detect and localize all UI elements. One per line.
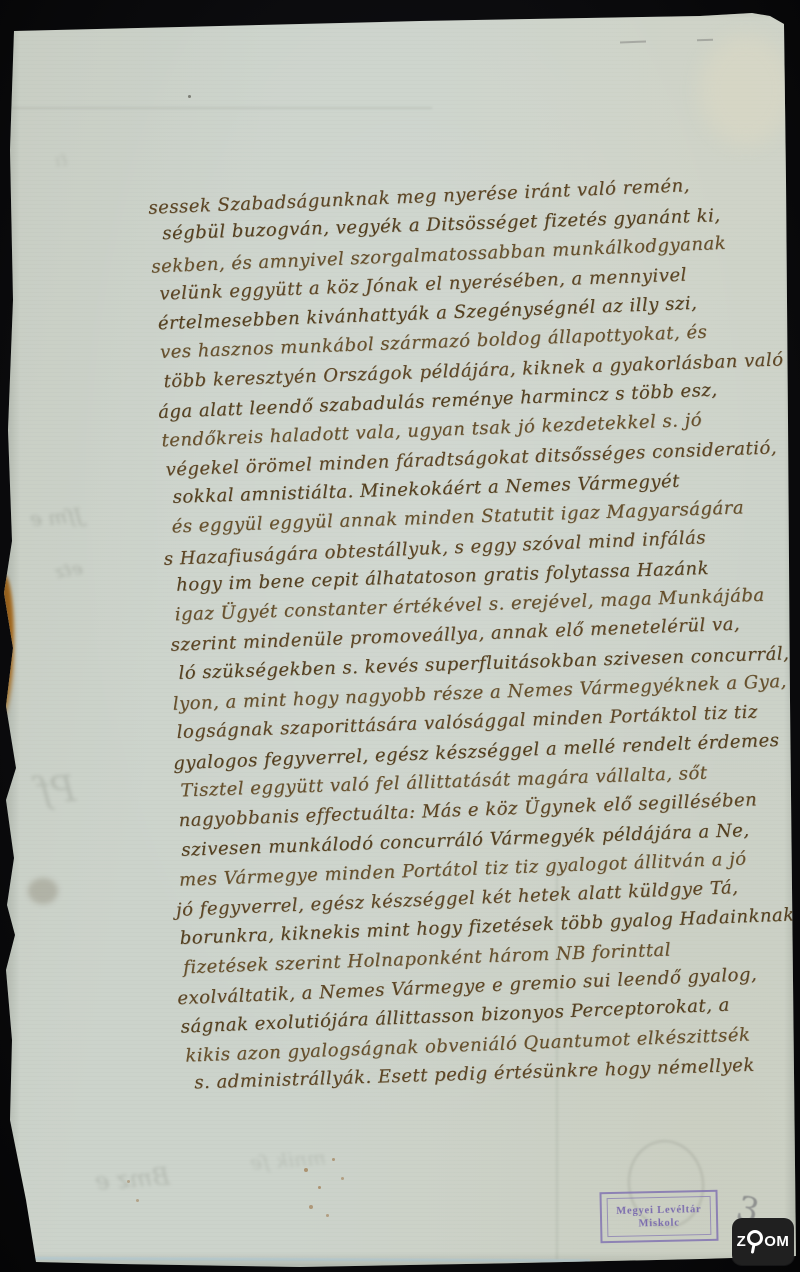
pencil-dash [620, 41, 646, 44]
zoom-watermark-om: OM [764, 1233, 789, 1250]
magnifier-icon [745, 1228, 765, 1256]
paper-discoloration [700, 35, 792, 145]
ghost-writing: Pf [37, 769, 77, 813]
foxing-spot [309, 1205, 313, 1209]
horizontal-crease [12, 107, 432, 109]
smudge-stain [28, 878, 58, 904]
foxing-spot [318, 1186, 321, 1189]
manuscript-text-block: sessek Szabadságunknak meg nyerése iránt… [152, 173, 800, 1104]
foxing-spot [341, 1177, 344, 1180]
archive-stamp-line1: Megyei Levéltár [616, 1203, 701, 1218]
archive-stamp: Megyei Levéltár Miskolc [599, 1190, 718, 1243]
ghost-writing: mnik ſe [249, 1145, 326, 1174]
ghost-writing: eℓz [54, 558, 85, 583]
zoom-watermark-row: Z OM [737, 1228, 790, 1256]
archive-stamp-inner-border: Megyei Levéltár Miskolc [607, 1196, 712, 1237]
ghost-writing: ℓı [54, 150, 69, 172]
pencil-dash [697, 39, 713, 42]
archive-stamp-line2: Miskolc [638, 1216, 679, 1230]
foxing-spot [136, 1199, 139, 1202]
photo-background: Jſm e eℓz Pf Bmz e mnik ſe ℓı sessek Sza… [0, 0, 800, 1272]
foxing-spot [332, 1158, 335, 1161]
underlying-sheet-edge [30, 1257, 590, 1262]
ghost-writing: Bmz e [94, 1162, 171, 1195]
ghost-writing: Jſm e [29, 503, 83, 531]
manuscript-paper: Jſm e eℓz Pf Bmz e mnik ſe ℓı sessek Sza… [0, 0, 800, 1272]
zoom-watermark: Z OM [732, 1218, 794, 1265]
foxing-spot [326, 1214, 329, 1217]
ink-fleck [188, 95, 191, 98]
